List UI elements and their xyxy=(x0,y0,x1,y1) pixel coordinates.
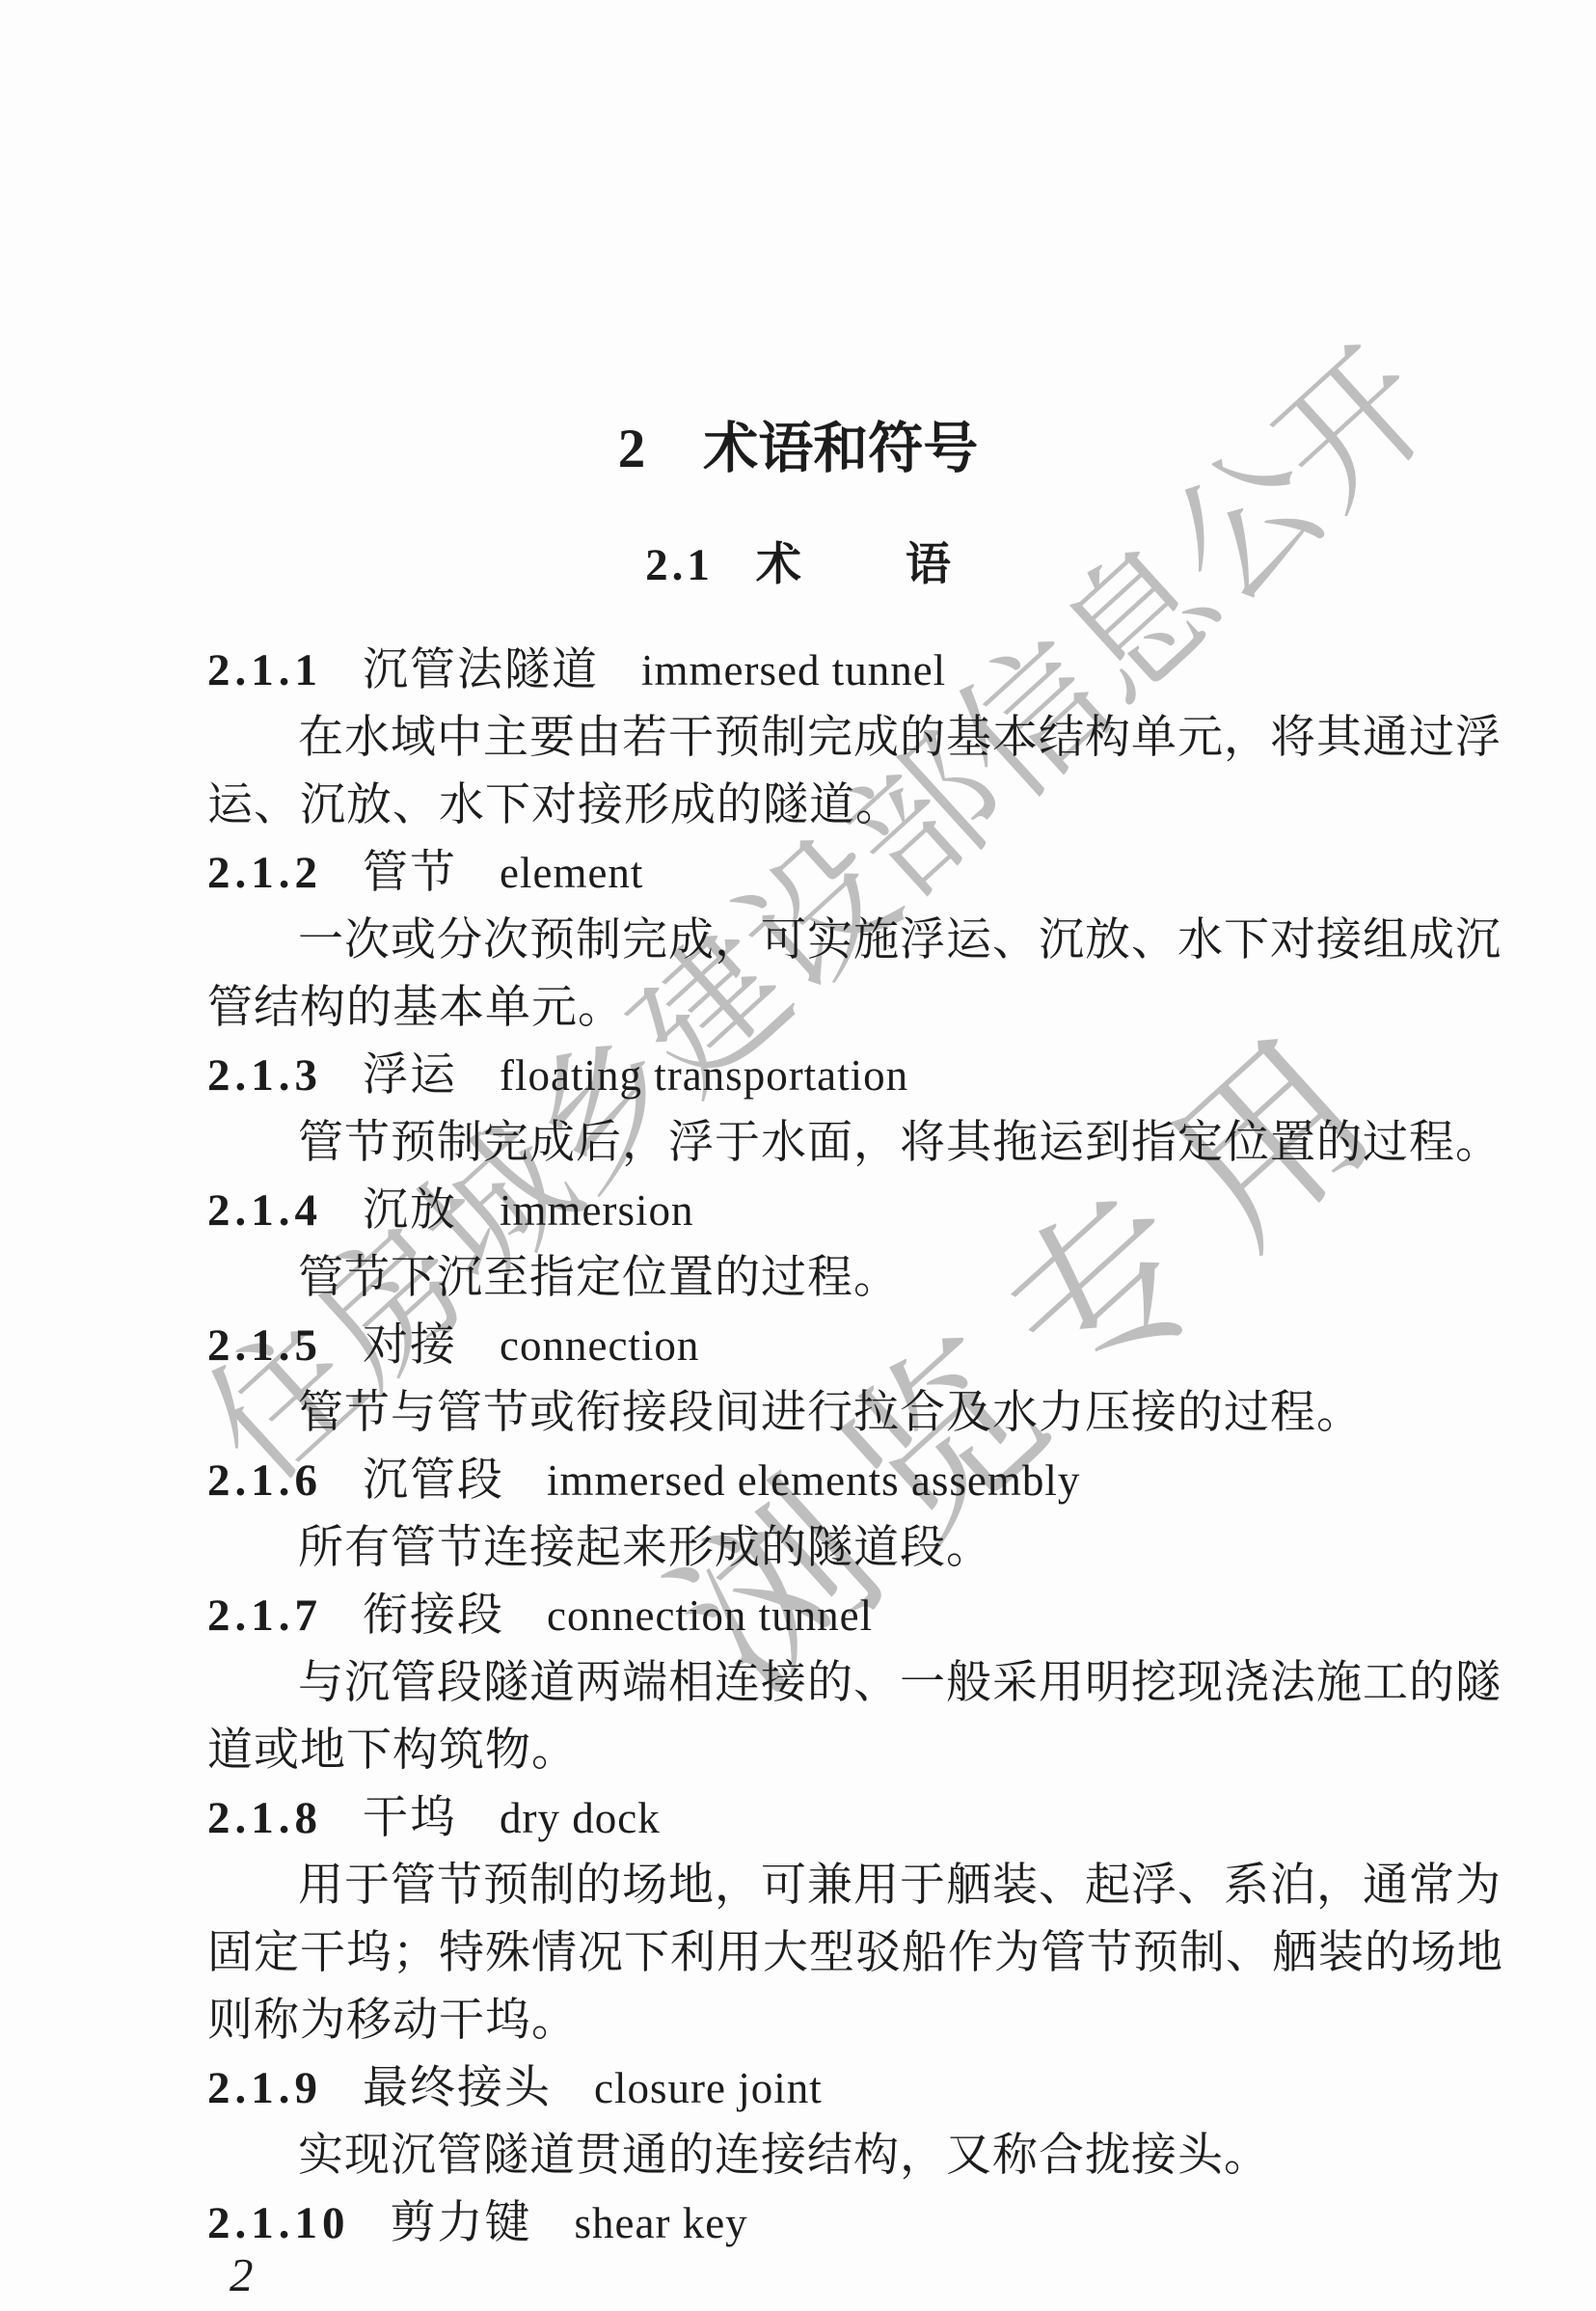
term-definition-line: 用于管节预制的场地，可兼用于舾装、起浮、系泊，通常为 xyxy=(207,1852,1490,1919)
chapter-title-text: 术语和符号 xyxy=(703,419,978,479)
term-number: 2.1.1 xyxy=(207,645,322,695)
term-number: 2.1.4 xyxy=(207,1185,322,1236)
term-entry: 2.1.1沉管法隧道immersed tunnel 在水域中主要由若干预制完成的… xyxy=(207,637,1490,839)
term-entry: 2.1.7衔接段connection tunnel 与沉管段隧道两端相连接的、一… xyxy=(207,1582,1490,1784)
term-definition-line: 管结构的基本单元。 xyxy=(207,974,1490,1042)
term-entry: 2.1.4沉放immersion 管节下沉至指定位置的过程。 xyxy=(207,1177,1490,1312)
term-heading: 2.1.10剪力键shear key xyxy=(207,2189,1490,2257)
term-en: immersion xyxy=(500,1186,693,1235)
term-definition-line: 一次或分次预制完成，可实施浮运、沉放、水下对接组成沉 xyxy=(207,907,1490,974)
term-definition-line: 管节预制完成后，浮于水面，将其拖运到指定位置的过程。 xyxy=(207,1109,1490,1177)
term-number: 2.1.2 xyxy=(207,848,322,898)
term-definition-line: 运、沉放、水下对接形成的隧道。 xyxy=(207,772,1490,839)
term-entry: 2.1.5对接connection 管节与管节或衔接段间进行拉合及水力压接的过程… xyxy=(207,1312,1490,1447)
term-zh: 沉放 xyxy=(363,1185,457,1236)
page-number: 2 xyxy=(230,2249,254,2301)
term-zh: 干坞 xyxy=(363,1793,457,1843)
term-entry: 2.1.6沉管段immersed elements assembly 所有管节连… xyxy=(207,1447,1490,1582)
term-definition-line: 实现沉管隧道贯通的连接结构，又称合拢接头。 xyxy=(207,2122,1490,2189)
term-en: dry dock xyxy=(500,1794,661,1842)
term-en: immersed elements assembly xyxy=(547,1456,1080,1505)
section-term-char-first: 术 xyxy=(756,540,801,590)
term-entry: 2.1.10剪力键shear key xyxy=(207,2189,1490,2257)
term-definition-line: 则称为移动干坞。 xyxy=(207,1987,1490,2054)
term-en: floating transportation xyxy=(500,1051,908,1100)
term-zh: 沉管段 xyxy=(363,1455,504,1506)
chapter-title: 2术语和符号 xyxy=(0,415,1596,484)
term-heading: 2.1.8干坞dry dock xyxy=(207,1784,1490,1852)
term-number: 2.1.5 xyxy=(207,1320,322,1371)
term-heading: 2.1.2管节element xyxy=(207,839,1490,907)
term-number: 2.1.6 xyxy=(207,1455,322,1506)
term-entry: 2.1.3浮运floating transportation 管节预制完成后，浮… xyxy=(207,1042,1490,1177)
term-definition-line: 所有管节连接起来形成的隧道段。 xyxy=(207,1514,1490,1582)
term-number: 2.1.3 xyxy=(207,1050,322,1101)
document-page: 住房城乡建设部信息公开 浏览专用 2术语和符号 2.1术语 2.1.1沉管法隧道… xyxy=(0,0,1596,2311)
term-zh: 管节 xyxy=(363,848,457,898)
term-en: element xyxy=(500,849,643,897)
term-number: 2.1.8 xyxy=(207,1793,322,1843)
term-heading: 2.1.4沉放immersion xyxy=(207,1177,1490,1244)
term-zh: 对接 xyxy=(363,1320,457,1371)
term-entry: 2.1.9最终接头closure joint 实现沉管隧道贯通的连接结构，又称合… xyxy=(207,2054,1490,2189)
term-heading: 2.1.1沉管法隧道immersed tunnel xyxy=(207,637,1490,704)
term-definition-line: 固定干坞；特殊情况下利用大型驳船作为管节预制、舾装的场地 xyxy=(207,1919,1490,1987)
term-zh: 浮运 xyxy=(363,1050,457,1101)
term-number: 2.1.7 xyxy=(207,1591,322,1641)
terms-list: 2.1.1沉管法隧道immersed tunnel 在水域中主要由若干预制完成的… xyxy=(207,637,1490,2257)
section-number: 2.1 xyxy=(645,540,714,590)
term-definition-line: 管节下沉至指定位置的过程。 xyxy=(207,1244,1490,1312)
chapter-number: 2 xyxy=(618,419,648,479)
term-definition-line: 在水域中主要由若干预制完成的基本结构单元，将其通过浮 xyxy=(207,704,1490,772)
term-number: 2.1.10 xyxy=(207,2198,350,2248)
term-definition-line: 道或地下构筑物。 xyxy=(207,1717,1490,1784)
term-number: 2.1.9 xyxy=(207,2063,322,2113)
term-zh: 沉管法隧道 xyxy=(363,645,599,695)
term-en: immersed tunnel xyxy=(641,646,946,694)
term-definition-line: 管节与管节或衔接段间进行拉合及水力压接的过程。 xyxy=(207,1379,1490,1447)
term-heading: 2.1.7衔接段connection tunnel xyxy=(207,1582,1490,1649)
term-entry: 2.1.2管节element 一次或分次预制完成，可实施浮运、沉放、水下对接组成… xyxy=(207,839,1490,1042)
term-en: connection xyxy=(500,1321,699,1370)
term-heading: 2.1.3浮运floating transportation xyxy=(207,1042,1490,1109)
term-heading: 2.1.9最终接头closure joint xyxy=(207,2054,1490,2122)
term-zh: 衔接段 xyxy=(363,1591,504,1641)
term-definition-line: 与沉管段隧道两端相连接的、一般采用明挖现浇法施工的隧 xyxy=(207,1649,1490,1717)
term-zh: 最终接头 xyxy=(363,2063,552,2113)
term-heading: 2.1.5对接connection xyxy=(207,1312,1490,1379)
term-entry: 2.1.8干坞dry dock 用于管节预制的场地，可兼用于舾装、起浮、系泊，通… xyxy=(207,1784,1490,2054)
section-term-char-second: 语 xyxy=(906,540,951,590)
term-en: connection tunnel xyxy=(547,1591,873,1640)
term-zh: 剪力键 xyxy=(391,2198,532,2248)
term-heading: 2.1.6沉管段immersed elements assembly xyxy=(207,1447,1490,1514)
section-title: 2.1术语 xyxy=(0,536,1596,594)
term-en: closure joint xyxy=(594,2064,823,2112)
term-en: shear key xyxy=(575,2199,748,2247)
